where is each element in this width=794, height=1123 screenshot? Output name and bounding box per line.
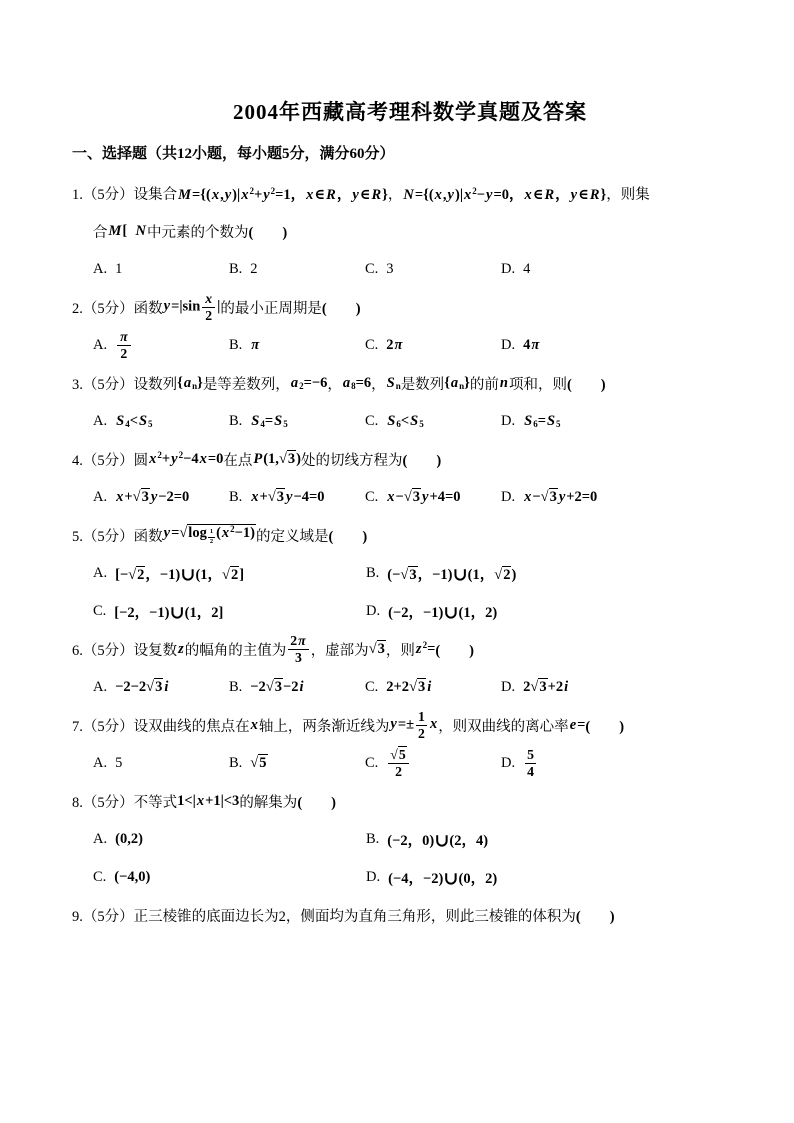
option-content: 54: [523, 748, 538, 779]
question-1-stem: 1.（5分）设集合M={(x,y)|x2+y2=1，x∈R，y∈R}，N={(x…: [72, 174, 748, 212]
question-8: 8.（5分）不等式1<|x+1|<3的解集为( )A.(0,2)B.(−2，0)…: [72, 782, 748, 896]
option-label: D.: [501, 261, 515, 278]
question-4-option-A: A.x+√3y−2=0: [93, 489, 229, 506]
option-label: B.: [229, 413, 242, 430]
question-2-option-D: D.4π: [501, 337, 637, 354]
option-content: 5: [115, 755, 122, 772]
option-label: A.: [93, 565, 107, 582]
question-7: 7.（5分）设双曲线的焦点在x轴上，两条渐近线为y=±12x，则双曲线的离心率e…: [72, 706, 748, 782]
question-4-option-D: D.x−√3y+2=0: [501, 489, 637, 506]
option-label: A.: [93, 489, 107, 506]
option-content: [−2，−1)∪(1，2]: [114, 601, 223, 622]
question-2-option-A: A.π2: [93, 330, 229, 361]
option-content: 2+2√3i: [386, 679, 432, 696]
option-label: C.: [365, 679, 378, 696]
question-6-option-C: C.2+2√3i: [365, 679, 501, 696]
option-content: (−√3，−1)∪(1，√2): [387, 563, 516, 584]
option-content: x+√3y−4=0: [250, 489, 324, 506]
question-1-options-row: A.1B.2C.3D.4: [72, 250, 748, 288]
option-content: S4=S5: [250, 413, 287, 430]
option-label: A.: [93, 679, 107, 696]
question-2-option-C: C.2π: [365, 337, 501, 354]
option-content: √52: [386, 748, 410, 779]
option-label: B.: [229, 489, 242, 506]
option-content: (0,2): [115, 831, 143, 848]
option-label: C.: [93, 603, 106, 620]
question-6-option-B: B.−2√3−2i: [229, 679, 365, 696]
option-label: C.: [365, 755, 378, 772]
question-3-option-C: C.S6<S5: [365, 413, 501, 430]
question-6-option-A: A.−2−2√3i: [93, 679, 229, 696]
question-5-option-A: A.[−√2，−1)∪(1，√2]: [93, 563, 366, 584]
option-label: C.: [365, 489, 378, 506]
option-content: S6=S5: [523, 413, 560, 430]
question-1-option-C: C.3: [365, 261, 501, 278]
question-4-options-row: A.x+√3y−2=0B.x+√3y−4=0C.x−√3y+4=0D.x−√3y…: [72, 478, 748, 516]
question-5: 5.（5分）函数y=√log12(x2−1)的定义域是( )A.[−√2，−1)…: [72, 516, 748, 630]
page-title: 2004年西藏高考理科数学真题及答案: [72, 96, 748, 128]
question-6-stem: 6.（5分）设复数z的幅角的主值为2π3，虚部为√3，则z2=( ): [72, 630, 748, 668]
option-content: x−√3y+4=0: [386, 489, 460, 506]
question-1-stem-cont: 合M[ N中元素的个数为( ): [72, 212, 748, 250]
option-label: C.: [365, 413, 378, 430]
question-4-stem: 4.（5分）圆x2+y2−4x=0在点P(1,√3)处的切线方程为( ): [72, 440, 748, 478]
question-9-stem: 9.（5分）正三棱锥的底面边长为2，侧面均为直角三角形，则此三棱锥的体积为( ): [72, 896, 748, 934]
question-8-stem: 8.（5分）不等式1<|x+1|<3的解集为( ): [72, 782, 748, 820]
question-8-options-row: A.(0,2)B.(−2，0)∪(2，4): [72, 820, 748, 858]
option-label: A.: [93, 413, 107, 430]
question-1-option-A: A.1: [93, 261, 229, 278]
question-8-option-C: C.(−4,0): [93, 869, 366, 886]
exam-document-page: 2004年西藏高考理科数学真题及答案 一、选择题（共12小题，每小题5分，满分6…: [0, 0, 794, 1123]
option-label: A.: [93, 337, 107, 354]
option-label: D.: [366, 869, 380, 886]
option-content: −2√3−2i: [250, 679, 304, 696]
option-content: −2−2√3i: [115, 679, 169, 696]
question-5-stem: 5.（5分）函数y=√log12(x2−1)的定义域是( ): [72, 516, 748, 554]
question-3-option-D: D.S6=S5: [501, 413, 637, 430]
option-label: A.: [93, 831, 107, 848]
question-list: 1.（5分）设集合M={(x,y)|x2+y2=1，x∈R，y∈R}，N={(x…: [72, 174, 748, 934]
option-label: D.: [501, 337, 515, 354]
question-3: 3.（5分）设数列{an}是等差数列，a2=−6，a8=6，Sn是数列{an}的…: [72, 364, 748, 440]
option-label: A.: [93, 261, 107, 278]
question-7-option-D: D.54: [501, 748, 637, 779]
question-4: 4.（5分）圆x2+y2−4x=0在点P(1,√3)处的切线方程为( )A.x+…: [72, 440, 748, 516]
option-label: B.: [366, 831, 379, 848]
option-label: D.: [501, 413, 515, 430]
question-8-option-B: B.(−2，0)∪(2，4): [366, 829, 639, 850]
option-content: π2: [115, 330, 133, 361]
option-label: D.: [501, 489, 515, 506]
option-label: D.: [501, 679, 515, 696]
question-8-option-D: D.(−4，−2)∪(0，2): [366, 867, 639, 888]
question-5-options-row: A.[−√2，−1)∪(1，√2]B.(−√3，−1)∪(1，√2): [72, 554, 748, 592]
question-3-stem: 3.（5分）设数列{an}是等差数列，a2=−6，a8=6，Sn是数列{an}的…: [72, 364, 748, 402]
option-label: C.: [93, 869, 106, 886]
question-5-option-D: D.(−2，−1)∪(1，2): [366, 601, 639, 622]
question-2-options-row: A.π2B.πC.2πD.4π: [72, 326, 748, 364]
option-content: π: [250, 337, 260, 354]
option-content: x+√3y−2=0: [115, 489, 189, 506]
option-content: 4: [523, 261, 530, 278]
option-content: 2√3+2i: [523, 679, 569, 696]
option-content: 2: [250, 261, 257, 278]
option-content: (−4,0): [114, 869, 150, 886]
option-content: (−2，0)∪(2，4): [387, 829, 488, 850]
option-content: [−√2，−1)∪(1，√2]: [115, 563, 244, 584]
option-content: √5: [250, 755, 267, 772]
option-content: 3: [386, 261, 393, 278]
option-content: 1: [115, 261, 122, 278]
option-label: B.: [229, 337, 242, 354]
option-content: S4<S5: [115, 413, 152, 430]
question-1-option-B: B.2: [229, 261, 365, 278]
question-2-stem: 2.（5分）函数y=|sinx2|的最小正周期是( ): [72, 288, 748, 326]
question-2: 2.（5分）函数y=|sinx2|的最小正周期是( )A.π2B.πC.2πD.…: [72, 288, 748, 364]
option-label: C.: [365, 261, 378, 278]
question-3-option-A: A.S4<S5: [93, 413, 229, 430]
question-1-option-D: D.4: [501, 261, 637, 278]
question-6: 6.（5分）设复数z的幅角的主值为2π3，虚部为√3，则z2=( )A.−2−2…: [72, 630, 748, 706]
question-4-option-C: C.x−√3y+4=0: [365, 489, 501, 506]
question-4-option-B: B.x+√3y−4=0: [229, 489, 365, 506]
option-label: B.: [229, 679, 242, 696]
question-6-option-D: D.2√3+2i: [501, 679, 637, 696]
question-7-option-A: A.5: [93, 755, 229, 772]
option-label: B.: [229, 755, 242, 772]
section-heading: 一、选择题（共12小题，每小题5分，满分60分）: [72, 142, 748, 166]
option-label: D.: [366, 603, 380, 620]
question-1: 1.（5分）设集合M={(x,y)|x2+y2=1，x∈R，y∈R}，N={(x…: [72, 174, 748, 288]
option-label: B.: [229, 261, 242, 278]
question-5-option-C: C.[−2，−1)∪(1，2]: [93, 601, 366, 622]
question-8-option-A: A.(0,2): [93, 831, 366, 848]
question-9: 9.（5分）正三棱锥的底面边长为2，侧面均为直角三角形，则此三棱锥的体积为( ): [72, 896, 748, 934]
option-label: B.: [366, 565, 379, 582]
question-3-options-row: A.S4<S5B.S4=S5C.S6<S5D.S6=S5: [72, 402, 748, 440]
question-5-options-row: C.[−2，−1)∪(1，2]D.(−2，−1)∪(1，2): [72, 592, 748, 630]
question-8-options-row: C.(−4,0)D.(−4，−2)∪(0，2): [72, 858, 748, 896]
option-label: C.: [365, 337, 378, 354]
option-content: (−4，−2)∪(0，2): [388, 867, 497, 888]
question-2-option-B: B.π: [229, 337, 365, 354]
question-7-stem: 7.（5分）设双曲线的焦点在x轴上，两条渐近线为y=±12x，则双曲线的离心率e…: [72, 706, 748, 744]
option-label: A.: [93, 755, 107, 772]
option-content: (−2，−1)∪(1，2): [388, 601, 497, 622]
option-content: S6<S5: [386, 413, 423, 430]
question-5-option-B: B.(−√3，−1)∪(1，√2): [366, 563, 639, 584]
question-3-option-B: B.S4=S5: [229, 413, 365, 430]
question-7-options-row: A.5B.√5C.√52D.54: [72, 744, 748, 782]
option-content: 2π: [386, 337, 403, 354]
question-7-option-C: C.√52: [365, 748, 501, 779]
option-content: x−√3y+2=0: [523, 489, 597, 506]
question-6-options-row: A.−2−2√3iB.−2√3−2iC.2+2√3iD.2√3+2i: [72, 668, 748, 706]
option-content: 4π: [523, 337, 540, 354]
option-label: D.: [501, 755, 515, 772]
question-7-option-B: B.√5: [229, 755, 365, 772]
